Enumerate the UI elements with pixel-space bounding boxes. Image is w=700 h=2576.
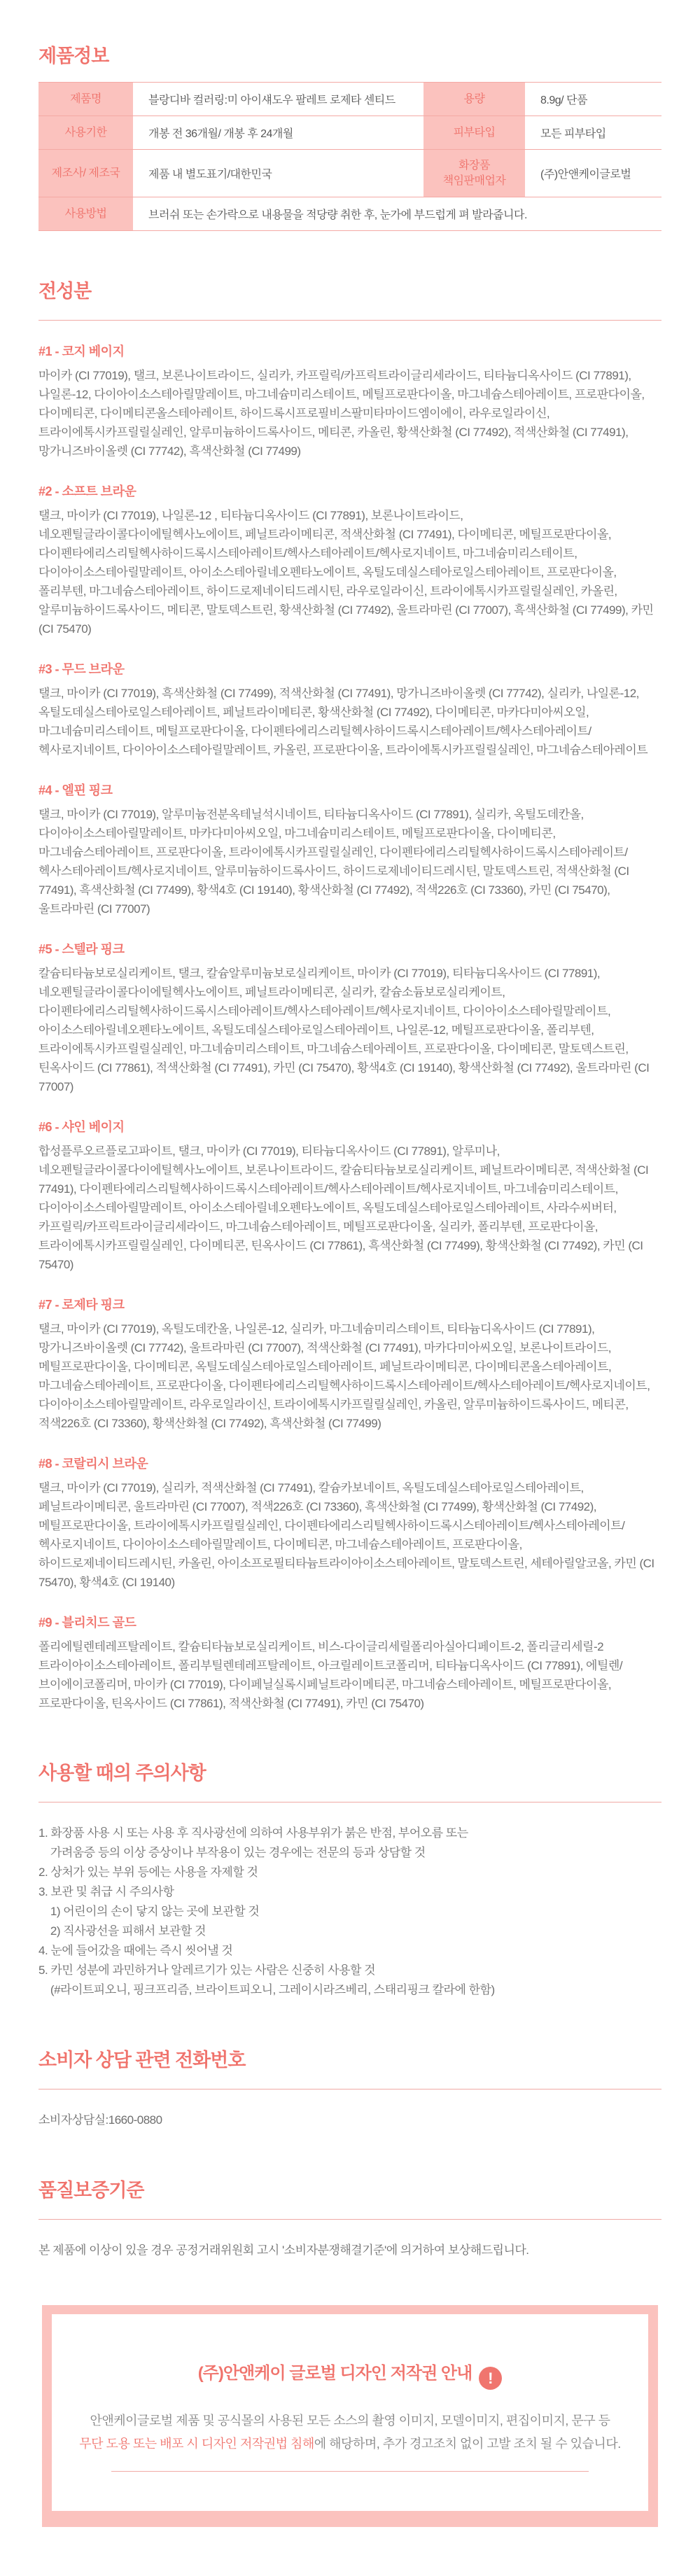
ingredient-shade-title: #1 - 코지 베이지 xyxy=(38,342,661,360)
section-quality-assurance: 품질보증기준 본 제품에 이상이 있을 경우 공정거래위원회 고시 '소비자분쟁… xyxy=(38,2175,661,2260)
ingredient-shade-title: #9 - 블리치드 골드 xyxy=(38,1613,661,1631)
ingredient-shade: #9 - 블리치드 골드 폴리에틸렌테레프탈레이트, 칼슘티타늄보로실리케이트,… xyxy=(38,1613,661,1713)
divider xyxy=(111,2471,588,2472)
ingredient-shade-text: 탤크, 마이카 (CI 77019), 옥틸도데칸올, 나일론-12, 실리카,… xyxy=(38,1319,661,1433)
label-product-name: 제품명 xyxy=(38,83,133,116)
value-skin-type: 모든 피부타입 xyxy=(525,116,661,150)
precautions-text: 1. 화장품 사용 시 또는 사용 후 직사광선에 의하여 사용부위가 붉은 반… xyxy=(38,1823,661,2000)
value-product-name: 블랑디바 컬러링:미 아이섀도우 팔레트 로제타 센티드 xyxy=(133,83,423,116)
divider xyxy=(38,2219,661,2220)
quality-assurance-text: 본 제품에 이상이 있을 경우 공정거래위원회 고시 '소비자분쟁해결기준'에 … xyxy=(38,2241,661,2260)
value-usage: 브러쉬 또는 손가락으로 내용물을 적당량 취한 후, 눈가에 부드럽게 펴 발… xyxy=(133,197,661,231)
label-manufacturer: 제조사/ 제조국 xyxy=(38,150,133,197)
product-info-table: 제품명 블랑디바 컬러링:미 아이섀도우 팔레트 로제타 센티드 용량 8.9g… xyxy=(38,82,661,231)
ingredient-shade: #1 - 코지 베이지 마이카 (CI 77019), 탤크, 보론나이트라이드… xyxy=(38,342,661,461)
ingredient-shade: #2 - 소프트 브라운 탤크, 마이카 (CI 77019), 나일론-12 … xyxy=(38,482,661,638)
divider xyxy=(38,320,661,321)
ingredient-shade: #6 - 샤인 베이지 합성플루오르플로고파이트, 탤크, 마이카 (CI 77… xyxy=(38,1117,661,1274)
copyright-line2-highlight: 무단 도용 또는 배포 시 디자인 저작권법 침해 xyxy=(79,2437,314,2451)
ingredient-shade-title: #4 - 엘핀 핑크 xyxy=(38,780,661,799)
ingredient-shade: #3 - 무드 브라운 탤크, 마이카 (CI 77019), 흑색산화철 (C… xyxy=(38,659,661,759)
ingredient-shade-text: 탤크, 마이카 (CI 77019), 흑색산화철 (CI 77499), 적색… xyxy=(38,684,661,759)
label-usage: 사용방법 xyxy=(38,197,133,231)
copyright-line2-rest: 에 해당하며, 추가 경고조치 없이 고발 조치 될 수 있습니다. xyxy=(314,2437,621,2451)
value-manufacturer: 제품 내 별도표기/대한민국 xyxy=(133,150,423,197)
customer-service-title: 소비자 상담 관련 전화번호 xyxy=(38,2045,661,2072)
divider xyxy=(38,1802,661,1802)
label-volume: 용량 xyxy=(423,83,525,116)
ingredient-shade-text: 탤크, 마이카 (CI 77019), 알루미늄전분옥테닐석시네이트, 티타늄디… xyxy=(38,805,661,918)
ingredient-shade: #5 - 스텔라 핑크 칼슘티타늄보로실리케이트, 탤크, 칼슘알루미늄보로실리… xyxy=(38,939,661,1096)
ingredient-shade: #8 - 코랄리시 브라운 탤크, 마이카 (CI 77019), 실리카, 적… xyxy=(38,1454,661,1592)
label-distributor: 화장품 책임판매업자 xyxy=(423,150,525,197)
value-distributor: (주)안앤케이글로벌 xyxy=(525,150,661,197)
ingredient-shade-title: #5 - 스텔라 핑크 xyxy=(38,939,661,958)
ingredient-shade-text: 마이카 (CI 77019), 탤크, 보론나이트라이드, 실리카, 카프릴릭/… xyxy=(38,366,661,461)
exclamation-icon: ! xyxy=(479,2367,502,2390)
ingredients-list: #1 - 코지 베이지 마이카 (CI 77019), 탤크, 보론나이트라이드… xyxy=(38,342,661,1713)
label-skin-type: 피부타입 xyxy=(423,116,525,150)
customer-service-phone: 소비자상담실:1660-0880 xyxy=(38,2110,661,2130)
copyright-notice-box: (주)안앤케이 글로벌 디자인 저작권 안내! 안앤케이글로벌 제품 및 공식몰… xyxy=(42,2305,658,2527)
ingredient-shade-text: 폴리에틸렌테레프탈레이트, 칼슘티타늄보로실리케이트, 비스-다이글리세릴폴리아… xyxy=(38,1637,661,1713)
ingredient-shade: #7 - 로제타 핑크 탤크, 마이카 (CI 77019), 옥틸도데칸올, … xyxy=(38,1295,661,1433)
quality-assurance-title: 품질보증기준 xyxy=(38,2175,661,2202)
product-detail-page: 제품정보 제품명 블랑디바 컬러링:미 아이섀도우 팔레트 로제타 센티드 용량… xyxy=(0,0,700,2576)
table-row: 사용기한 개봉 전 36개월/ 개봉 후 24개월 피부타입 모든 피부타입 xyxy=(38,116,661,150)
copyright-line1: 안앤케이글로벌 제품 및 공식몰의 사용된 모든 소스의 촬영 이미지, 모델이… xyxy=(90,2414,610,2428)
ingredient-shade-text: 칼슘티타늄보로실리케이트, 탤크, 칼슘알루미늄보로실리케이트, 마이카 (CI… xyxy=(38,964,661,1096)
ingredient-shade: #4 - 엘핀 핑크 탤크, 마이카 (CI 77019), 알루미늄전분옥테닐… xyxy=(38,780,661,918)
ingredient-shade-title: #2 - 소프트 브라운 xyxy=(38,482,661,500)
ingredient-shade-text: 탤크, 마이카 (CI 77019), 나일론-12 , 티타늄디옥사이드 (C… xyxy=(38,506,661,638)
section-product-info: 제품정보 제품명 블랑디바 컬러링:미 아이섀도우 팔레트 로제타 센티드 용량… xyxy=(38,41,661,231)
copyright-title: (주)안앤케이 글로벌 디자인 저작권 안내! xyxy=(73,2359,627,2390)
divider xyxy=(38,2089,661,2089)
copyright-title-text: (주)안앤케이 글로벌 디자인 저작권 안내 xyxy=(198,2364,472,2383)
ingredient-shade-text: 탤크, 마이카 (CI 77019), 실리카, 적색산화철 (CI 77491… xyxy=(38,1478,661,1592)
table-row: 사용방법 브러쉬 또는 손가락으로 내용물을 적당량 취한 후, 눈가에 부드럽… xyxy=(38,197,661,231)
product-info-title: 제품정보 xyxy=(38,41,661,68)
section-customer-service: 소비자 상담 관련 전화번호 소비자상담실:1660-0880 xyxy=(38,2045,661,2130)
value-expiry: 개봉 전 36개월/ 개봉 후 24개월 xyxy=(133,116,423,150)
table-row: 제품명 블랑디바 컬러링:미 아이섀도우 팔레트 로제타 센티드 용량 8.9g… xyxy=(38,83,661,116)
value-volume: 8.9g/ 단품 xyxy=(525,83,661,116)
label-expiry: 사용기한 xyxy=(38,116,133,150)
ingredient-shade-title: #6 - 샤인 베이지 xyxy=(38,1117,661,1135)
copyright-body: 안앤케이글로벌 제품 및 공식몰의 사용된 모든 소스의 촬영 이미지, 모델이… xyxy=(73,2409,627,2456)
table-row: 제조사/ 제조국 제품 내 별도표기/대한민국 화장품 책임판매업자 (주)안앤… xyxy=(38,150,661,197)
section-ingredients: 전성분 #1 - 코지 베이지 마이카 (CI 77019), 탤크, 보론나이… xyxy=(38,276,661,1713)
ingredient-shade-title: #8 - 코랄리시 브라운 xyxy=(38,1454,661,1472)
precautions-title: 사용할 때의 주의사항 xyxy=(38,1758,661,1785)
copyright-notice-inner: (주)안앤케이 글로벌 디자인 저작권 안내! 안앤케이글로벌 제품 및 공식몰… xyxy=(52,2314,648,2511)
section-precautions: 사용할 때의 주의사항 1. 화장품 사용 시 또는 사용 후 직사광선에 의하… xyxy=(38,1758,661,2000)
ingredients-title: 전성분 xyxy=(38,276,661,303)
ingredient-shade-text: 합성플루오르플로고파이트, 탤크, 마이카 (CI 77019), 티타늄디옥사… xyxy=(38,1142,661,1274)
ingredient-shade-title: #3 - 무드 브라운 xyxy=(38,659,661,678)
ingredient-shade-title: #7 - 로제타 핑크 xyxy=(38,1295,661,1313)
